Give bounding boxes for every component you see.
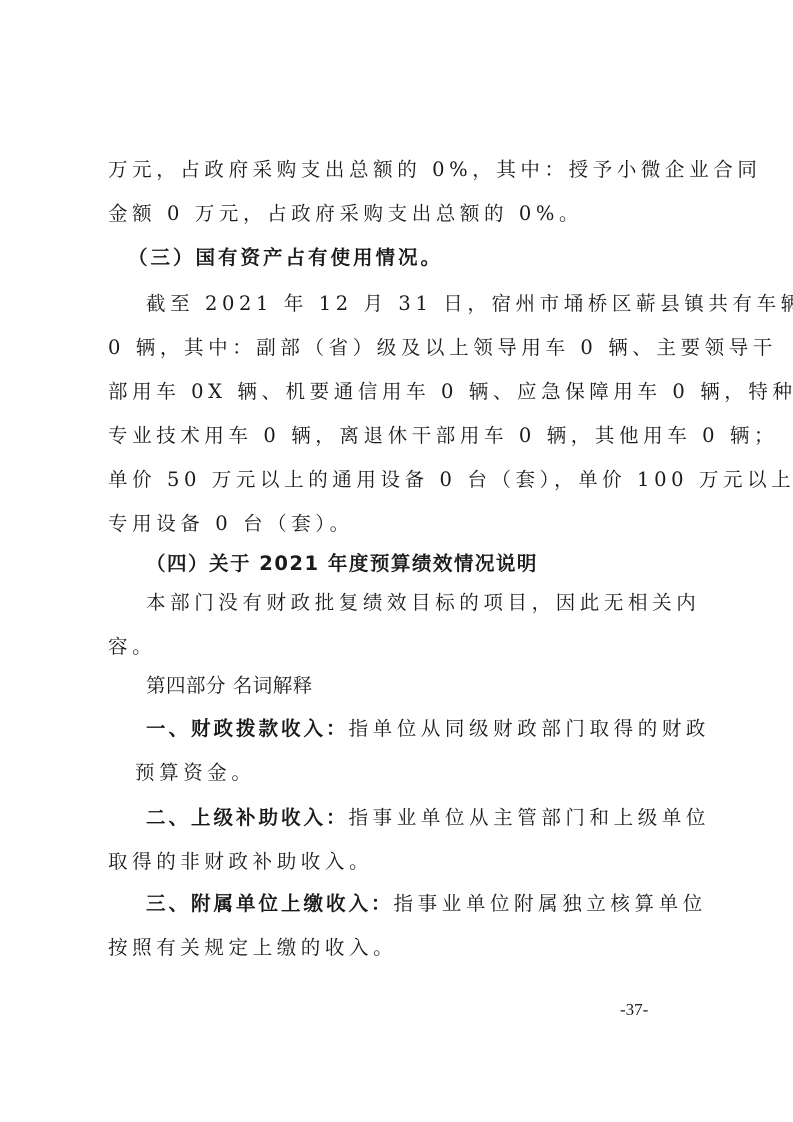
paragraph-line: 容。 xyxy=(108,637,156,657)
paragraph-line: 截至 2021 年 12 月 31 日，宿州市埇桥区蕲县镇共有车辆 xyxy=(146,294,793,314)
term-label: 一、财政拨款收入： xyxy=(146,717,349,740)
paragraph-line: 本部门没有财政批复绩效目标的项目，因此无相关内 xyxy=(146,593,700,613)
term-definition: 指事业单位附属独立核算单位 xyxy=(394,892,707,915)
paragraph-line: 专用设备 0 台（套）。 xyxy=(108,514,354,534)
section-heading-3: （三）国有资产占有使用情况。 xyxy=(128,248,443,268)
paragraph-line: 0 辆，其中：副部（省）级及以上领导用车 0 辆、主要领导干 xyxy=(108,338,777,358)
page-number: -37- xyxy=(620,1000,648,1020)
term-label: 三、附属单位上缴收入： xyxy=(146,892,394,915)
paragraph-line: 部用车 0X 辆、机要通信用车 0 辆、应急保障用车 0 辆，特种 xyxy=(108,382,793,402)
paragraph-line: 预算资金。 xyxy=(135,763,256,783)
term-label: 二、上级补助收入： xyxy=(146,806,349,829)
term-entry-2: 二、上级补助收入：指事业单位从主管部门和上级单位 xyxy=(146,808,710,828)
paragraph-line: 单价 50 万元以上的通用设备 0 台（套），单价 100 万元以上 xyxy=(108,470,793,490)
term-definition: 指事业单位从主管部门和上级单位 xyxy=(349,806,711,829)
paragraph-line: 万元，占政府采购支出总额的 0%，其中：授予小微企业合同 xyxy=(108,160,761,180)
paragraph-line: 专业技术用车 0 辆，离退休干部用车 0 辆，其他用车 0 辆； xyxy=(108,426,778,446)
paragraph-line: 金额 0 万元，占政府采购支出总额的 0%。 xyxy=(108,204,583,224)
term-entry-1: 一、财政拨款收入：指单位从同级财政部门取得的财政 xyxy=(146,719,710,739)
term-entry-3: 三、附属单位上缴收入：指事业单位附属独立核算单位 xyxy=(146,894,707,914)
part-heading: 第四部分 名词解释 xyxy=(146,676,313,696)
paragraph-line: 取得的非财政补助收入。 xyxy=(108,852,373,872)
term-definition: 指单位从同级财政部门取得的财政 xyxy=(349,717,711,740)
section-heading-4: （四）关于 2021 年度预算绩效情况说明 xyxy=(146,554,538,574)
paragraph-line: 按照有关规定上缴的收入。 xyxy=(108,938,397,958)
